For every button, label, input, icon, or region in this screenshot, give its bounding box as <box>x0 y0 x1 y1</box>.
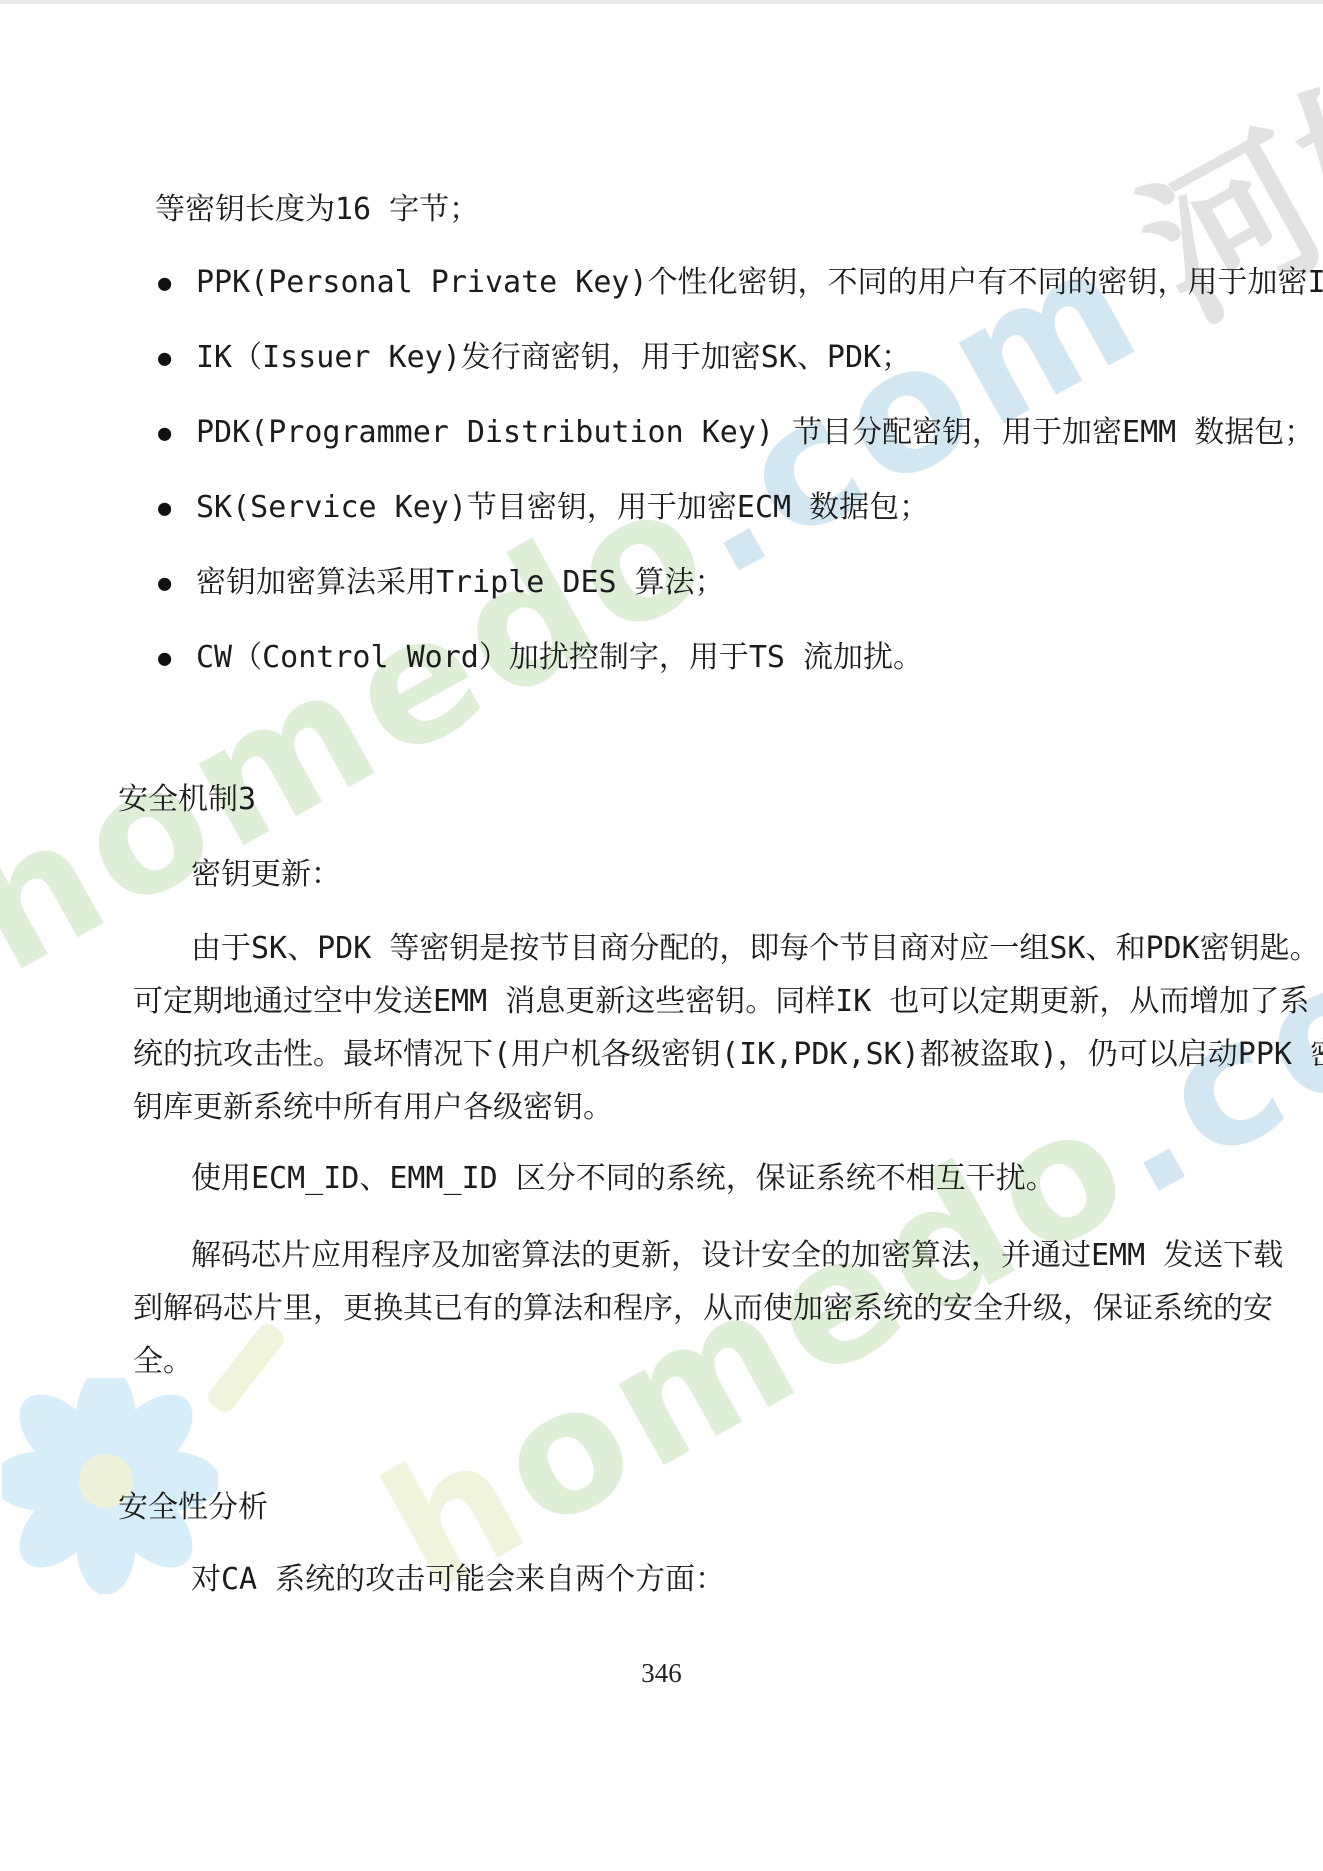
bullet-item-pdk: ●PDK(Programmer Distribution Key) 节目分配密钥… <box>158 414 1314 453</box>
line-ca-attack-intro: 对CA 系统的攻击可能会来自两个方面： <box>191 1561 725 1599</box>
paragraph-line: 统的抗攻击性。最坏情况下(用户机各级密钥(IK,PDK,SK)都被盗取)，仍可以… <box>133 1028 1208 1081</box>
bullet-dot-icon: ● <box>158 640 196 678</box>
paragraph-line: 由于SK、PDK 等密钥是按节目商分配的，即每个节目商对应一组SK、和PDK密钥… <box>133 922 1208 975</box>
paragraph-line: 到解码芯片里，更换其已有的算法和程序，从而使加密系统的安全升级，保证系统的安 <box>133 1282 1208 1335</box>
bullet-item-ik: ●IK（Issuer Key)发行商密钥，用于加密SK、PDK； <box>158 339 911 378</box>
bullet-item-sk: ●SK(Service Key)节目密钥，用于加密ECM 数据包； <box>158 489 929 528</box>
bullet-text: 密钥加密算法采用Triple DES 算法； <box>196 565 725 600</box>
bullet-item-cw: ●CW（Control Word）加扰控制字，用于TS 流加扰。 <box>158 639 923 678</box>
bullet-item-triple-des: ●密钥加密算法采用Triple DES 算法； <box>158 564 725 603</box>
paragraph-line: 解码芯片应用程序及加密算法的更新，设计安全的加密算法，并通过EMM 发送下载 <box>133 1229 1208 1282</box>
paragraph-line: 钥库更新系统中所有用户各级密钥。 <box>133 1081 1208 1134</box>
paragraph-chip-update: 解码芯片应用程序及加密算法的更新，设计安全的加密算法，并通过EMM 发送下载 到… <box>133 1229 1208 1388</box>
bullet-text: SK(Service Key)节目密钥，用于加密ECM 数据包； <box>196 490 929 525</box>
paragraph-line: 全。 <box>133 1335 1208 1388</box>
paragraph-line: 使用ECM_ID、EMM_ID 区分不同的系统，保证系统不相互干扰。 <box>133 1152 1208 1205</box>
intro-line: 等密钥长度为16 字节； <box>155 191 479 229</box>
bullet-text: IK（Issuer Key)发行商密钥，用于加密SK、PDK； <box>196 340 911 375</box>
bullet-text: PPK(Personal Private Key)个性化密钥，不同的用户有不同的… <box>196 265 1323 300</box>
paragraph-line: 可定期地通过空中发送EMM 消息更新这些密钥。同样IK 也可以定期更新，从而增加… <box>133 975 1208 1028</box>
bullet-dot-icon: ● <box>158 340 196 378</box>
bullet-dot-icon: ● <box>158 265 196 303</box>
document-page: homedo.com河姆渡 homedo.com 等密钥长度为16 字节； <box>0 0 1323 1871</box>
bullet-dot-icon: ● <box>158 490 196 528</box>
document-content: 等密钥长度为16 字节； ●PPK(Personal Private Key)个… <box>0 0 1323 1871</box>
paragraph-ecm-emm-id: 使用ECM_ID、EMM_ID 区分不同的系统，保证系统不相互干扰。 <box>133 1152 1208 1205</box>
subheading-key-update: 密钥更新： <box>191 856 341 894</box>
bullet-text: PDK(Programmer Distribution Key) 节目分配密钥，… <box>196 415 1314 450</box>
paragraph-key-distribution: 由于SK、PDK 等密钥是按节目商分配的，即每个节目商对应一组SK、和PDK密钥… <box>133 922 1208 1134</box>
bullet-item-ppk: ●PPK(Personal Private Key)个性化密钥，不同的用户有不同… <box>158 264 1323 303</box>
bullet-text: CW（Control Word）加扰控制字，用于TS 流加扰。 <box>196 640 923 675</box>
bullet-dot-icon: ● <box>158 415 196 453</box>
section-heading-security-mechanism: 安全机制3 <box>118 781 256 819</box>
section-heading-security-analysis: 安全性分析 <box>118 1489 268 1527</box>
page-number: 346 <box>0 1656 1323 1690</box>
bullet-dot-icon: ● <box>158 565 196 603</box>
